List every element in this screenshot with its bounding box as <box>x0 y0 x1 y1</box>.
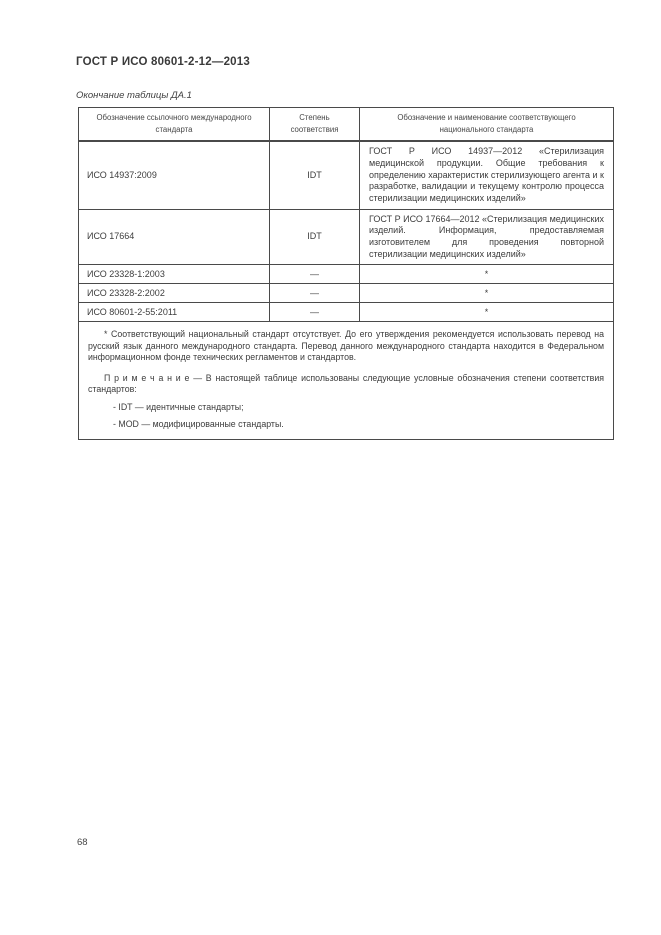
table-caption: Окончание таблицы ДА.1 <box>76 90 192 101</box>
cell-degree: IDT <box>270 141 360 209</box>
cell-degree: — <box>270 265 360 284</box>
table-footnote-row: * Соответствующий национальный стандарт … <box>79 322 614 440</box>
table-body: ИСО 14937:2009 IDT ГОСТ Р ИСО 14937—2012… <box>79 141 614 439</box>
note-label: П р и м е ч а н и е <box>104 373 189 383</box>
cell-reference-standard: ИСО 14937:2009 <box>79 141 270 209</box>
cell-reference-standard: ИСО 23328-1:2003 <box>79 265 270 284</box>
cell-degree: IDT <box>270 209 360 265</box>
table-footnote: * Соответствующий национальный стандарт … <box>88 329 604 363</box>
table-row: ИСО 17664 IDT ГОСТ Р ИСО 17664—2012 «Сте… <box>79 209 614 265</box>
cell-degree: — <box>270 284 360 303</box>
table-note: П р и м е ч а н и е — В настоящей таблиц… <box>88 373 604 396</box>
column-header-national-standard: Обозначение и наименование соответствующ… <box>360 108 614 142</box>
note-item-idt: - IDT — идентичные стандарты; <box>113 402 604 413</box>
table-footnote-block: * Соответствующий национальный стандарт … <box>79 322 614 440</box>
standards-correspondence-table: Обозначение ссылочного международного ст… <box>78 107 614 440</box>
column-header-reference-standard: Обозначение ссылочного международного ст… <box>79 108 270 142</box>
cell-reference-standard: ИСО 17664 <box>79 209 270 265</box>
document-title: ГОСТ Р ИСО 80601-2-12—2013 <box>76 56 250 68</box>
cell-reference-standard: ИСО 80601-2-55:2011 <box>79 303 270 322</box>
table-row: ИСО 14937:2009 IDT ГОСТ Р ИСО 14937—2012… <box>79 141 614 209</box>
cell-national-standard: * <box>360 265 614 284</box>
cell-national-standard: ГОСТ Р ИСО 14937—2012 «Стерилизация меди… <box>360 141 614 209</box>
table-header: Обозначение ссылочного международного ст… <box>79 108 614 142</box>
document-page: ГОСТ Р ИСО 80601-2-12—2013 Окончание таб… <box>0 0 661 935</box>
table-row: ИСО 23328-2:2002 — * <box>79 284 614 303</box>
cell-national-standard: * <box>360 303 614 322</box>
table-header-row: Обозначение ссылочного международного ст… <box>79 108 614 142</box>
table-row: ИСО 23328-1:2003 — * <box>79 265 614 284</box>
note-item-mod: - MOD — модифицированные стандарты. <box>113 419 604 430</box>
cell-reference-standard: ИСО 23328-2:2002 <box>79 284 270 303</box>
cell-national-standard: ГОСТ Р ИСО 17664—2012 «Стерилизация меди… <box>360 209 614 265</box>
page-number: 68 <box>77 837 88 848</box>
column-header-degree: Степень соответствия <box>270 108 360 142</box>
cell-national-standard: * <box>360 284 614 303</box>
cell-degree: — <box>270 303 360 322</box>
table-row: ИСО 80601-2-55:2011 — * <box>79 303 614 322</box>
